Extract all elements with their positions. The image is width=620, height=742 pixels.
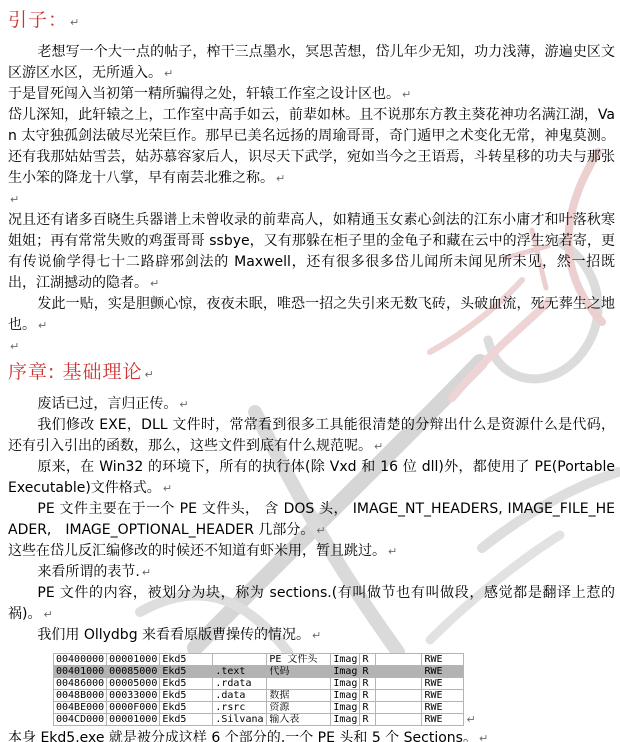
cell-owner: Ekd5 <box>160 702 213 714</box>
cell-blank <box>376 666 422 678</box>
heading-text: 引子： <box>8 9 68 31</box>
paragraph-mark-icon: ↵ <box>312 629 321 642</box>
cell-blank <box>376 678 422 690</box>
section-heading-basics: 序章: 基础理论↵ <box>8 360 615 387</box>
cell-address: 0048B000 <box>54 690 107 702</box>
paragraph-mark-icon: ↵ <box>144 368 154 381</box>
cell-address: 004CD000 <box>54 714 107 726</box>
cell-size: 00085000 <box>107 666 160 678</box>
cell-type: Imag <box>331 666 360 678</box>
heading-text: 序章: 基础理论 <box>8 361 142 383</box>
paragraph-mark-icon: ↵ <box>316 524 325 537</box>
cell-section <box>213 654 267 666</box>
cell-size: 00001000 <box>107 714 160 726</box>
paragraph: 于是冒死闯入当初第一精所骗得之处，轩辕工作室之设计区也。↵ <box>8 84 615 105</box>
paragraph: 我们修改 EXE，DLL 文件时，常常看到很多工具能很清楚的分辩出什么是资源什么… <box>8 415 615 457</box>
cell-owner: Ekd5 <box>160 690 213 702</box>
cell-access: R <box>360 690 376 702</box>
paragraph: PE 文件主要在于一个 PE 文件头， 含 DOS 头， IMAGE_NT_HE… <box>8 499 615 541</box>
cell-access: R <box>360 714 376 726</box>
cell-type: Imag <box>331 654 360 666</box>
cell-owner: Ekd5 <box>160 678 213 690</box>
table-row: 0048600000005000Ekd5.rdataImagRRWE <box>54 678 464 690</box>
cell-section: .text <box>213 666 267 678</box>
cell-contains: 数据 <box>267 690 331 702</box>
document-body: 引子：↵ 老想写一个大一点的帖子，榨干三点墨水，冥思苦想，岱儿年少无知，功力浅薄… <box>0 0 620 742</box>
cell-section: .Silvana <box>213 714 267 726</box>
cell-contains <box>267 678 331 690</box>
paragraph: PE 文件的内容，被划分为块，称为 sections.(有叫做节也有叫做段，感觉… <box>8 583 615 625</box>
cell-type: Imag <box>331 690 360 702</box>
cell-section: .data <box>213 690 267 702</box>
document-page: { "colors": { "heading_red": "#cc3333", … <box>0 0 620 742</box>
paragraph-mark-icon: ↵ <box>10 193 19 206</box>
cell-address: 00486000 <box>54 678 107 690</box>
paragraph-mark-icon: ↵ <box>388 545 397 558</box>
paragraph: 这些在岱儿反汇编修改的时候还不知道有虾米用，暂且跳过。↵ <box>8 541 615 562</box>
cell-initial-access: RWE <box>422 666 464 678</box>
paragraph: 废话已过，言归正传。↵ <box>8 394 615 415</box>
empty-paragraph: ↵ <box>8 336 615 357</box>
paragraph-mark-icon: ↵ <box>179 398 188 411</box>
paragraph-mark-icon: ↵ <box>70 16 80 29</box>
table-row: 0040000000001000Ekd5PE 文件头ImagRRWE <box>54 654 464 666</box>
table-row-selected: 0040100000085000Ekd5.text代码ImagRRWE <box>54 666 464 678</box>
paragraph-mark-icon: ↵ <box>142 566 151 579</box>
memory-map-table-wrap: 0040000000001000Ekd5PE 文件头ImagRRWE 00401… <box>53 653 615 726</box>
cell-blank <box>376 690 422 702</box>
cell-type: Imag <box>331 702 360 714</box>
cell-initial-access: RWE <box>422 714 464 726</box>
paragraph: 我们用 Ollydbg 来看看原版曹操传的情况。↵ <box>8 625 615 646</box>
cell-owner: Ekd5 <box>160 654 213 666</box>
cell-initial-access: RWE <box>422 678 464 690</box>
cell-address: 00400000 <box>54 654 107 666</box>
paragraph: 发此一贴，实是胆颤心惊，夜夜未眠，唯恐一招之失引来无数飞砖，头破血流，死无葬生之… <box>8 294 615 336</box>
table-row: 004BE0000000F000Ekd5.rsrc资源ImagRRWE <box>54 702 464 714</box>
cell-contains: PE 文件头 <box>267 654 331 666</box>
paragraph-mark-icon: ↵ <box>479 732 488 742</box>
paragraph-mark-icon: ↵ <box>402 88 411 101</box>
cell-access: R <box>360 654 376 666</box>
cell-address: 004BE000 <box>54 702 107 714</box>
table-row: 004CD00000001000Ekd5.Silvana输入表ImagRRWE <box>54 714 464 726</box>
paragraph-mark-icon: ↵ <box>43 608 52 621</box>
table-row: 0048B00000033000Ekd5.data数据ImagRRWE <box>54 690 464 702</box>
paragraph: 岱儿深知，此轩辕之上，工作室中高手如云，前辈如林。且不说那东方教主葵花神功名满江… <box>8 105 615 189</box>
cell-contains: 代码 <box>267 666 331 678</box>
cell-size: 00033000 <box>107 690 160 702</box>
paragraph-mark-icon: ↵ <box>10 340 19 353</box>
paragraph-mark-icon: ↵ <box>163 482 172 495</box>
cell-contains: 输入表 <box>267 714 331 726</box>
cell-section: .rsrc <box>213 702 267 714</box>
cell-blank <box>376 702 422 714</box>
cell-initial-access: RWE <box>422 654 464 666</box>
cell-section: .rdata <box>213 678 267 690</box>
cell-size: 00001000 <box>107 654 160 666</box>
cell-size: 0000F000 <box>107 702 160 714</box>
cell-type: Imag <box>331 678 360 690</box>
cell-blank <box>376 714 422 726</box>
paragraph: 来看所谓的表节.↵ <box>8 562 615 583</box>
paragraph-mark-icon: ↵ <box>38 319 47 332</box>
paragraph-mark-icon: ↵ <box>276 172 285 185</box>
paragraph-mark-icon: ↵ <box>374 440 383 453</box>
cell-access: R <box>360 702 376 714</box>
ollydbg-memory-map-table: 0040000000001000Ekd5PE 文件头ImagRRWE 00401… <box>53 653 464 726</box>
cell-owner: Ekd5 <box>160 714 213 726</box>
cell-initial-access: RWE <box>422 690 464 702</box>
paragraph: 老想写一个大一点的帖子，榨干三点墨水，冥思苦想，岱儿年少无知，功力浅薄，游遍史区… <box>8 42 615 84</box>
cell-owner: Ekd5 <box>160 666 213 678</box>
cell-initial-access: RWE <box>422 702 464 714</box>
cell-access: R <box>360 678 376 690</box>
footer-paragraph: 本身 Ekd5.exe 就是被分成这样 6 个部分的,一个 PE 头和 5 个 … <box>8 728 615 742</box>
cell-contains: 资源 <box>267 702 331 714</box>
paragraph-mark-icon: ↵ <box>466 713 475 726</box>
cell-size: 00005000 <box>107 678 160 690</box>
cell-address: 00401000 <box>54 666 107 678</box>
paragraph: 况且还有诸多百晓生兵器谱上未曾收录的前辈高人，如精通玉女素心剑法的江东小庸才和叶… <box>8 210 615 294</box>
cell-access: R <box>360 666 376 678</box>
empty-paragraph: ↵ <box>8 189 615 210</box>
section-heading-intro: 引子：↵ <box>8 8 615 35</box>
paragraph-mark-icon: ↵ <box>150 277 159 290</box>
paragraph: 原来，在 Win32 的环境下，所有的执行体(除 Vxd 和 16 位 dll)… <box>8 457 615 499</box>
cell-blank <box>376 654 422 666</box>
cell-type: Imag <box>331 714 360 726</box>
paragraph-mark-icon: ↵ <box>164 67 173 80</box>
